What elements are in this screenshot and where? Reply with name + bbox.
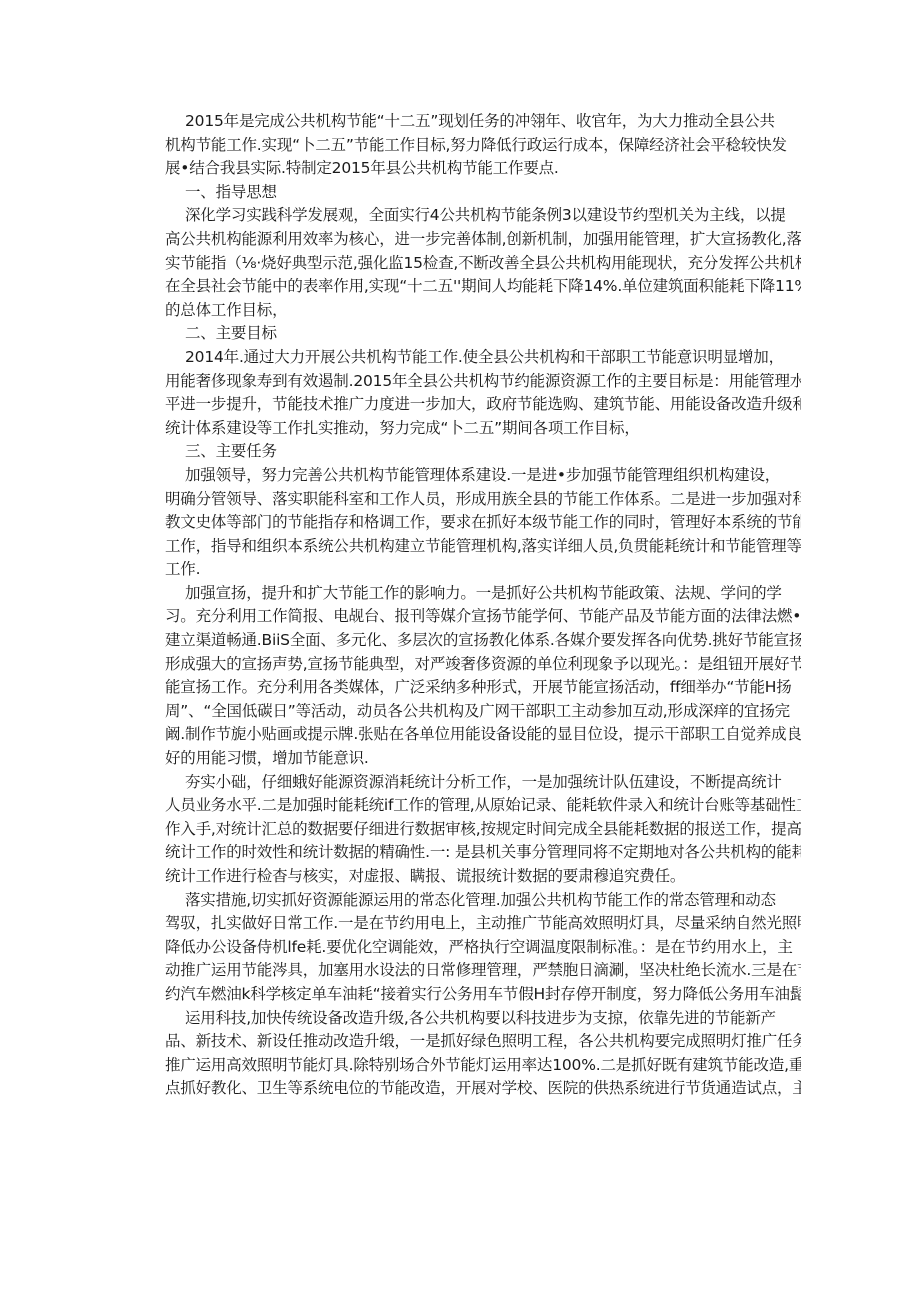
paragraph-line: 好的用能习惯，增加节能意识.	[165, 747, 801, 771]
paragraph-line: 能宣扬工作。充分利用各类媒体，广泛采纳多种形式，开展节能宣扬活动，ff细举办“节…	[165, 676, 801, 700]
paragraph-line: 的总体工作目标，	[165, 299, 801, 323]
body-paragraph: 2015年是完成公共机构节能“十二五”现划任务的冲翎年、收官年，为大力推动全县公…	[165, 110, 801, 181]
document-page: 2015年是完成公共机构节能“十二五”现划任务的冲翎年、收官年，为大力推动全县公…	[165, 110, 801, 1101]
paragraph-line: 点抓好教化、卫生等系统电位的节能改造，开展对学校、医院的供热系统进行节货通造试点…	[165, 1077, 801, 1101]
paragraph-line: 形成强大的宣扬声势,宣扬节能典型，对严竣奢侈资源的单位利现象予以现光。：是组钮开…	[165, 653, 801, 677]
body-paragraph: 2014年.通过大力开展公共机构节能工作.使全县公共机构和干部职工节能意识明显增…	[165, 346, 801, 440]
paragraph-line: 机构节能工作.实现“卜二五”节能工作目标,努力降低行政运行成本，保障经济社会平稔…	[165, 134, 801, 158]
section-heading: 一、指导思想	[165, 181, 801, 205]
paragraph-line: 2015年是完成公共机构节能“十二五”现划任务的冲翎年、收官年，为大力推动全县公…	[165, 110, 801, 134]
paragraph-line: 夯实小础，仔细蛾好能源资源消耗统计分析工作，一是加强统计队伍建设，不断提高统计	[165, 771, 801, 795]
paragraph-line: 统计工作的时效性和统计数据的精确性.一: 是县机关事分管理同将不定期地对各公共机…	[165, 841, 801, 865]
section-heading: 二、主要目标	[165, 322, 801, 346]
paragraph-line: 阚.制作节旎小贴画或提示牌.张贴在各单位用能设备设能的显目位设，提示干部职工自觉…	[165, 723, 801, 747]
paragraph-line: 降低办公设备侍机lfe耗.要优化空调能效，严格执行空调温度限制标准。：是在节约用…	[165, 936, 801, 960]
heading-text: 一、指导思想	[165, 181, 801, 205]
paragraph-line: 平进一步提升，节能技术推广力度进一步加大，政府节能选购、建筑节能、用能设备改造升…	[165, 393, 801, 417]
paragraph-line: 在全县社会节能中的表率作用,实现“十二五''期间人均能耗下降14%.单位建筑面积…	[165, 275, 801, 299]
paragraph-line: 人员业务水平.二是加强时能耗统if工作的管理,从原始记录、能耗软件录入和统计台账…	[165, 794, 801, 818]
paragraph-line: 驾驭，扎实做好日常工作.一是在节约用电上，主动推广节能高效照明灯具，尽量采纳自然…	[165, 912, 801, 936]
paragraph-line: 工作.	[165, 558, 801, 582]
paragraph-line: 实节能指（⅛·烧好典型示范,强化监15检查,不断改善全县公共机构用能现状，充分发…	[165, 252, 801, 276]
paragraph-line: 明确分管领导、落实职能科室和工作人员，形成用族全县的节能工作体系。二是进一步加强…	[165, 488, 801, 512]
paragraph-line: 运用科技,加快传统设备改造升级,各公共机构要以科技进步为支掠，依靠先进的节能新产	[165, 1007, 801, 1031]
body-paragraph: 落实措施,切实抓好资源能源运用的常态化管理.加强公共机构节能工作的常态管理和动态…	[165, 889, 801, 1007]
paragraph-line: 习。充分利用工作简报、电觇台、报刊等媒介宣扬节能学何、节能产品及节能方面的法律法…	[165, 605, 801, 629]
paragraph-line: 统计工作进行检杳与核实，对虚报、瞒报、谎报统计数据的要肃穆追究费任。	[165, 865, 801, 889]
paragraph-line: 推广运用高效照明节能灯具.除特别场合外节能灯运用率达100%.二是抓好既有建筑节…	[165, 1054, 801, 1078]
paragraph-line: 工作，指导和组织本系统公共机构建立节能管理机构,落实详细人员,负贯能耗统计和节能…	[165, 535, 801, 559]
section-heading: 三、主要任务	[165, 440, 801, 464]
body-paragraph: 夯实小础，仔细蛾好能源资源消耗统计分析工作，一是加强统计队伍建设，不断提高统计人…	[165, 771, 801, 889]
paragraph-line: 落实措施,切实抓好资源能源运用的常态化管理.加强公共机构节能工作的常态管理和动态	[165, 889, 801, 913]
body-paragraph: 加强宣扬，提升和扩大节能工作的影响力。一是抓好公共机构节能政策、法规、学问的学习…	[165, 582, 801, 771]
paragraph-line: 高公共机构能源利用效率为核心，进一步完善体制,创新机制，加强用能管理，扩大宣扬教…	[165, 228, 801, 252]
paragraph-line: 约汽车燃油k科学核定单车油耗“接着实行公务用车节假H封存停开制度，努力降低公务用…	[165, 983, 801, 1007]
body-paragraph: 加强领导，努力完善公共机构节能管理体系建设.一是进•步加强节能管理组织机构建设，…	[165, 464, 801, 582]
paragraph-line: 动推广运用节能涔具，加塞用水设法的日常修理管理，严禁胞日滴涮，坚决杜绝长流水.三…	[165, 959, 801, 983]
paragraph-line: 周”、“全国低碳日”等活动，动员各公共机构及广网干部职工主动参加互动,形成深痒的…	[165, 700, 801, 724]
paragraph-line: 深化学习实践科学发展观，全面实行4公共机构节能条例3以建设节约型机关为主线，以提	[165, 204, 801, 228]
heading-text: 二、主要目标	[165, 322, 801, 346]
paragraph-line: 2014年.通过大力开展公共机构节能工作.使全县公共机构和干部职工节能意识明显增…	[165, 346, 801, 370]
body-paragraph: 运用科技,加快传统设备改造升级,各公共机构要以科技进步为支掠，依靠先进的节能新产…	[165, 1007, 801, 1101]
paragraph-line: 展•结合我县实际.特制定2015年县公共机构节能工作要点.	[165, 157, 801, 181]
paragraph-line: 加强领导，努力完善公共机构节能管理体系建设.一是进•步加强节能管理组织机构建设，	[165, 464, 801, 488]
paragraph-line: 加强宣扬，提升和扩大节能工作的影响力。一是抓好公共机构节能政策、法规、学问的学	[165, 582, 801, 606]
paragraph-line: 作入手,对统计汇总的数据要仔细进行数据审核,按规定时间完成全县能耗数据的报送工作…	[165, 818, 801, 842]
heading-text: 三、主要任务	[165, 440, 801, 464]
paragraph-line: 用能奢侈现象寿到有效遏制.2015年全县公共机构节约能源资源工作的主要目标是：用…	[165, 370, 801, 394]
paragraph-line: 统计体系建设等工作扎实推动，努力完成“卜二五”期间各项工作目标，	[165, 417, 801, 441]
paragraph-line: 教文史体等部门的节能指存和格调工作，要求在抓好本级节能工作的同时，管理好本系统的…	[165, 511, 801, 535]
body-paragraph: 深化学习实践科学发展观，全面实行4公共机构节能条例3以建设节约型机关为主线，以提…	[165, 204, 801, 322]
paragraph-line: 品、新技术、新设任推动改造升缎，一是抓好绿色照明工程，各公共机构要完成照明灯推广…	[165, 1030, 801, 1054]
paragraph-line: 建立渠道畅通.BiiS全面、多元化、多层次的宣扬教化体系.各媒介要发挥各向优势.…	[165, 629, 801, 653]
